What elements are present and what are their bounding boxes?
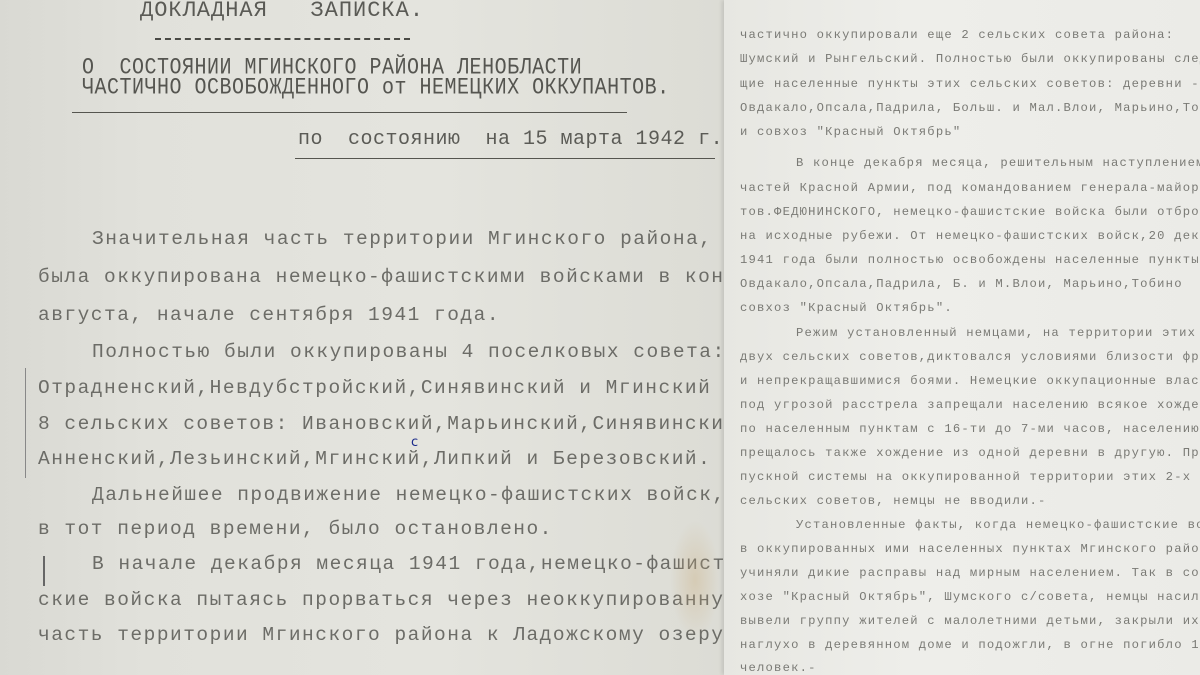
paragraph-line: частично оккупировали еще 2 сельских сов…	[740, 28, 1174, 42]
paragraph-line: хозе "Красный Октябрь", Шумского с/совет…	[740, 590, 1200, 604]
paragraph-line: тов.ФЕДЮНИНСКОГО, немецко-фашистские вой…	[740, 205, 1200, 219]
paragraph-line: вывели группу жителей с малолетними деть…	[740, 614, 1200, 628]
paragraph-line: была оккупирована немецко-фашистскими во…	[38, 266, 724, 288]
paragraph-line: 1941 года были полностью освобождены нас…	[740, 253, 1200, 267]
paragraph-line: пускной системы на оккупированной террит…	[740, 470, 1191, 484]
paragraph-line: Полностью были оккупированы 4 поселковых…	[92, 341, 724, 363]
paragraph-line: Режим установленный немцами, на территор…	[796, 326, 1196, 340]
paragraph-line: Отрадненский,Невдубстройский,Синявинский…	[38, 377, 724, 399]
paragraph-line: Овдакало,Опсала,Падрила, Больш. и Мал.Вл…	[740, 101, 1200, 115]
handwritten-correction: с	[411, 435, 418, 450]
paragraph-line: прещалось также хождение из одной деревн…	[740, 446, 1200, 460]
paragraph-line: Анненский,Лезьинский,Мгинский,Липкий и Б…	[38, 448, 711, 470]
paragraph-line: часть территории Мгинского района к Ладо…	[38, 624, 724, 646]
paragraph-line: 8 сельских советов: Ивановский,Марьински…	[38, 413, 724, 435]
paper-stain	[670, 520, 720, 640]
margin-pencil-mark-2	[43, 556, 45, 586]
paragraph-line: наглухо в деревянном доме и подожгли, в …	[740, 638, 1200, 652]
paragraph-line: Значительная часть территории Мгинского …	[92, 228, 713, 250]
date-underline	[295, 158, 715, 159]
paragraph-line: В конце декабря месяца, решительным наст…	[796, 156, 1200, 170]
paragraph-line: и непрекращавшимися боями. Немецкие окку…	[740, 374, 1200, 388]
subtitle-underline	[72, 112, 627, 113]
paragraph-line: ские войска пытаясь прорваться через нео…	[38, 589, 724, 611]
paragraph-line: Дальнейшее продвижение немецко-фашистски…	[92, 484, 724, 506]
paragraph-line: двух сельских советов,диктовался условия…	[740, 350, 1200, 364]
paragraph-line: частей Красной Армии, под командованием …	[740, 181, 1200, 195]
paragraph-line: Шумский и Рынгельский. Полностью были ок…	[740, 52, 1200, 66]
left-document-page: ДОКЛАДНАЯ ЗАПИСКА. О СОСТОЯНИИ МГИНСКОГО…	[0, 0, 724, 675]
paragraph-line: и совхоз "Красный Октябрь"	[740, 125, 961, 139]
paragraph-line: Установленные факты, когда немецко-фашис…	[796, 518, 1200, 532]
document-title: ДОКЛАДНАЯ ЗАПИСКА.	[140, 0, 424, 23]
title-dashed-underline	[155, 38, 410, 40]
paragraph-line: Овдакало,Опсала,Падрила, Б. и М.Влои, Ма…	[740, 277, 1200, 291]
paragraph-line: в тот период времени, было остановлено.	[38, 518, 553, 540]
paragraph-line: сельских советов, немцы не вводили.-	[740, 494, 1047, 508]
paragraph-line: совхоз "Красный Октябрь".	[740, 301, 953, 315]
date-line: по состоянию на 15 марта 1942 г.	[298, 128, 723, 151]
paragraph-line: в оккупированных ими населенных пунктах …	[740, 542, 1200, 556]
paragraph-line: человек.-	[740, 661, 817, 675]
paragraph-line: по населенным пунктам с 16-ти до 7-ми ча…	[740, 422, 1200, 436]
paragraph-line: учиняли дикие расправы над мирным населе…	[740, 566, 1200, 580]
paragraph-line: на исходные рубежи. От немецко-фашистски…	[740, 229, 1200, 243]
right-document-page: частично оккупировали еще 2 сельских сов…	[724, 0, 1200, 675]
document-subtitle-line-2: ЧАСТИЧНО ОСВОБОЖДЕННОГО от НЕМЕЦКИХ ОККУ…	[82, 75, 670, 101]
paragraph-line: щие населенные пункты этих сельских сове…	[740, 77, 1200, 91]
paragraph-line: августа, начале сентября 1941 года.	[38, 304, 500, 326]
paragraph-line: В начале декабря месяца 1941 года,немецк…	[92, 553, 724, 575]
paragraph-line: под угрозой расстрела запрещали населени…	[740, 398, 1200, 412]
margin-pencil-mark	[25, 368, 26, 478]
